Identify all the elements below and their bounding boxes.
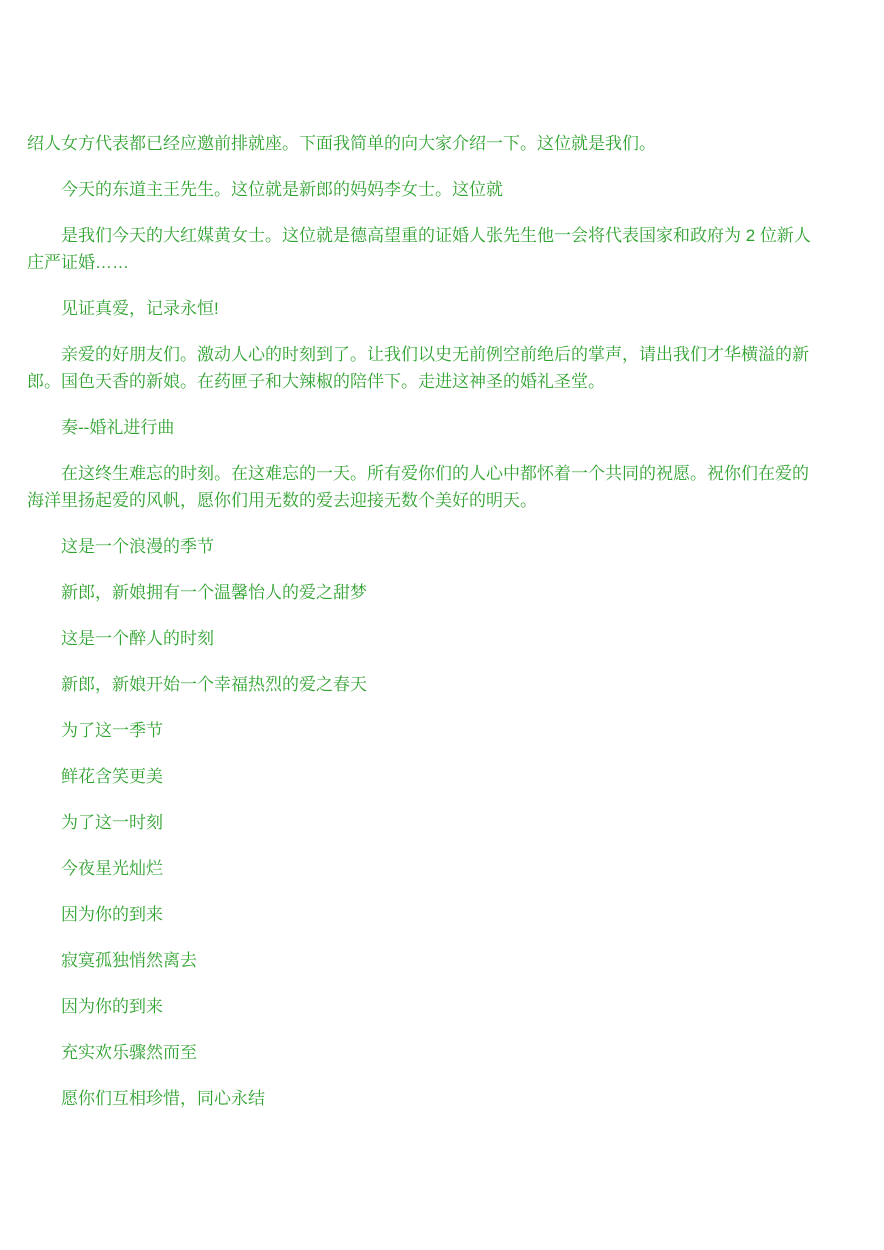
- paragraph: 新郎，新娘拥有一个温馨怡人的爱之甜梦: [27, 579, 819, 606]
- paragraph: 新郎，新娘开始一个幸福热烈的爱之春天: [27, 671, 819, 698]
- paragraph: 奏--婚礼进行曲: [27, 414, 819, 441]
- paragraph: 因为你的到来: [27, 901, 819, 928]
- paragraph: 是我们今天的大红媒黄女士。这位就是德高望重的证婚人张先生他一会将代表国家和政府为…: [27, 222, 819, 276]
- paragraph: 这是一个浪漫的季节: [27, 533, 819, 560]
- paragraph: 为了这一时刻: [27, 809, 819, 836]
- paragraph: 今天的东道主王先生。这位就是新郎的妈妈李女士。这位就: [27, 176, 819, 203]
- paragraph: 鲜花含笑更美: [27, 763, 819, 790]
- paragraph: 这是一个醉人的时刻: [27, 625, 819, 652]
- paragraph: 见证真爱，记录永恒!: [27, 295, 819, 322]
- document-page: 绍人女方代表都已经应邀前排就座。下面我简单的向大家介绍一下。这位就是我们。今天的…: [0, 0, 884, 1250]
- paragraph: 充实欢乐骤然而至: [27, 1039, 819, 1066]
- paragraph: 亲爱的好朋友们。激动人心的时刻到了。让我们以史无前例空前绝后的掌声，请出我们才华…: [27, 341, 819, 395]
- paragraph: 愿你们互相珍惜，同心永结: [27, 1085, 819, 1112]
- paragraph: 今夜星光灿烂: [27, 855, 819, 882]
- paragraph: 在这终生难忘的时刻。在这难忘的一天。所有爱你们的人心中都怀着一个共同的祝愿。祝你…: [27, 460, 819, 514]
- document-content: 绍人女方代表都已经应邀前排就座。下面我简单的向大家介绍一下。这位就是我们。今天的…: [27, 130, 819, 1112]
- paragraph: 绍人女方代表都已经应邀前排就座。下面我简单的向大家介绍一下。这位就是我们。: [27, 130, 819, 157]
- paragraph: 寂寞孤独悄然离去: [27, 947, 819, 974]
- paragraph: 为了这一季节: [27, 717, 819, 744]
- paragraph: 因为你的到来: [27, 993, 819, 1020]
